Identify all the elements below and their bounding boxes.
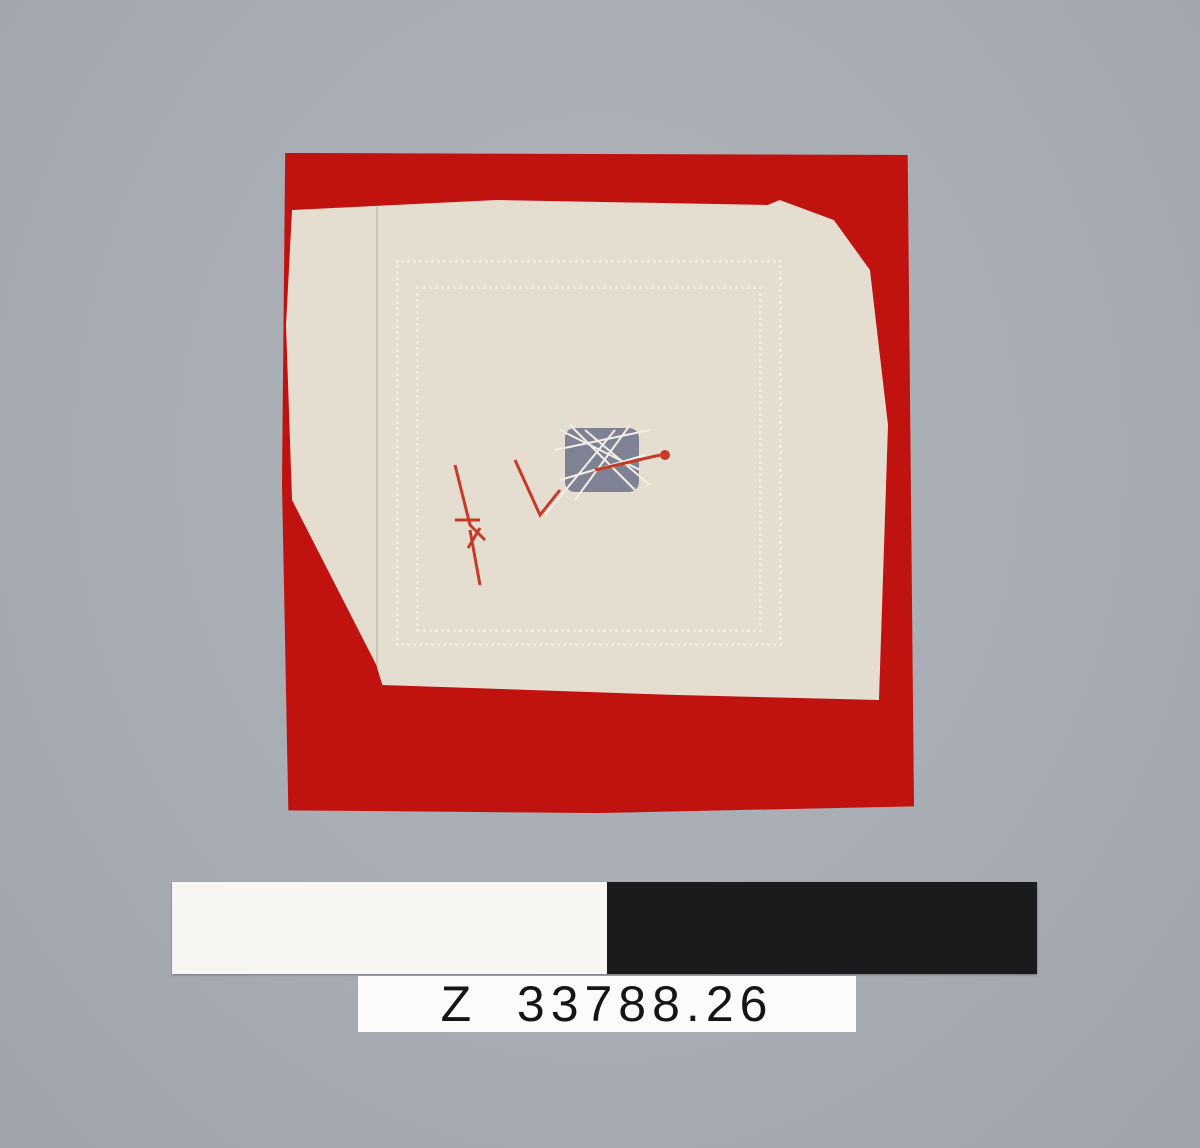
object-number-label: Z 33788.26 [358,976,856,1032]
color-scale-bar [172,882,1037,974]
object-number-text: Z 33788.26 [441,975,774,1033]
scale-black-segment [607,882,1037,974]
scale-white-segment [172,882,607,974]
